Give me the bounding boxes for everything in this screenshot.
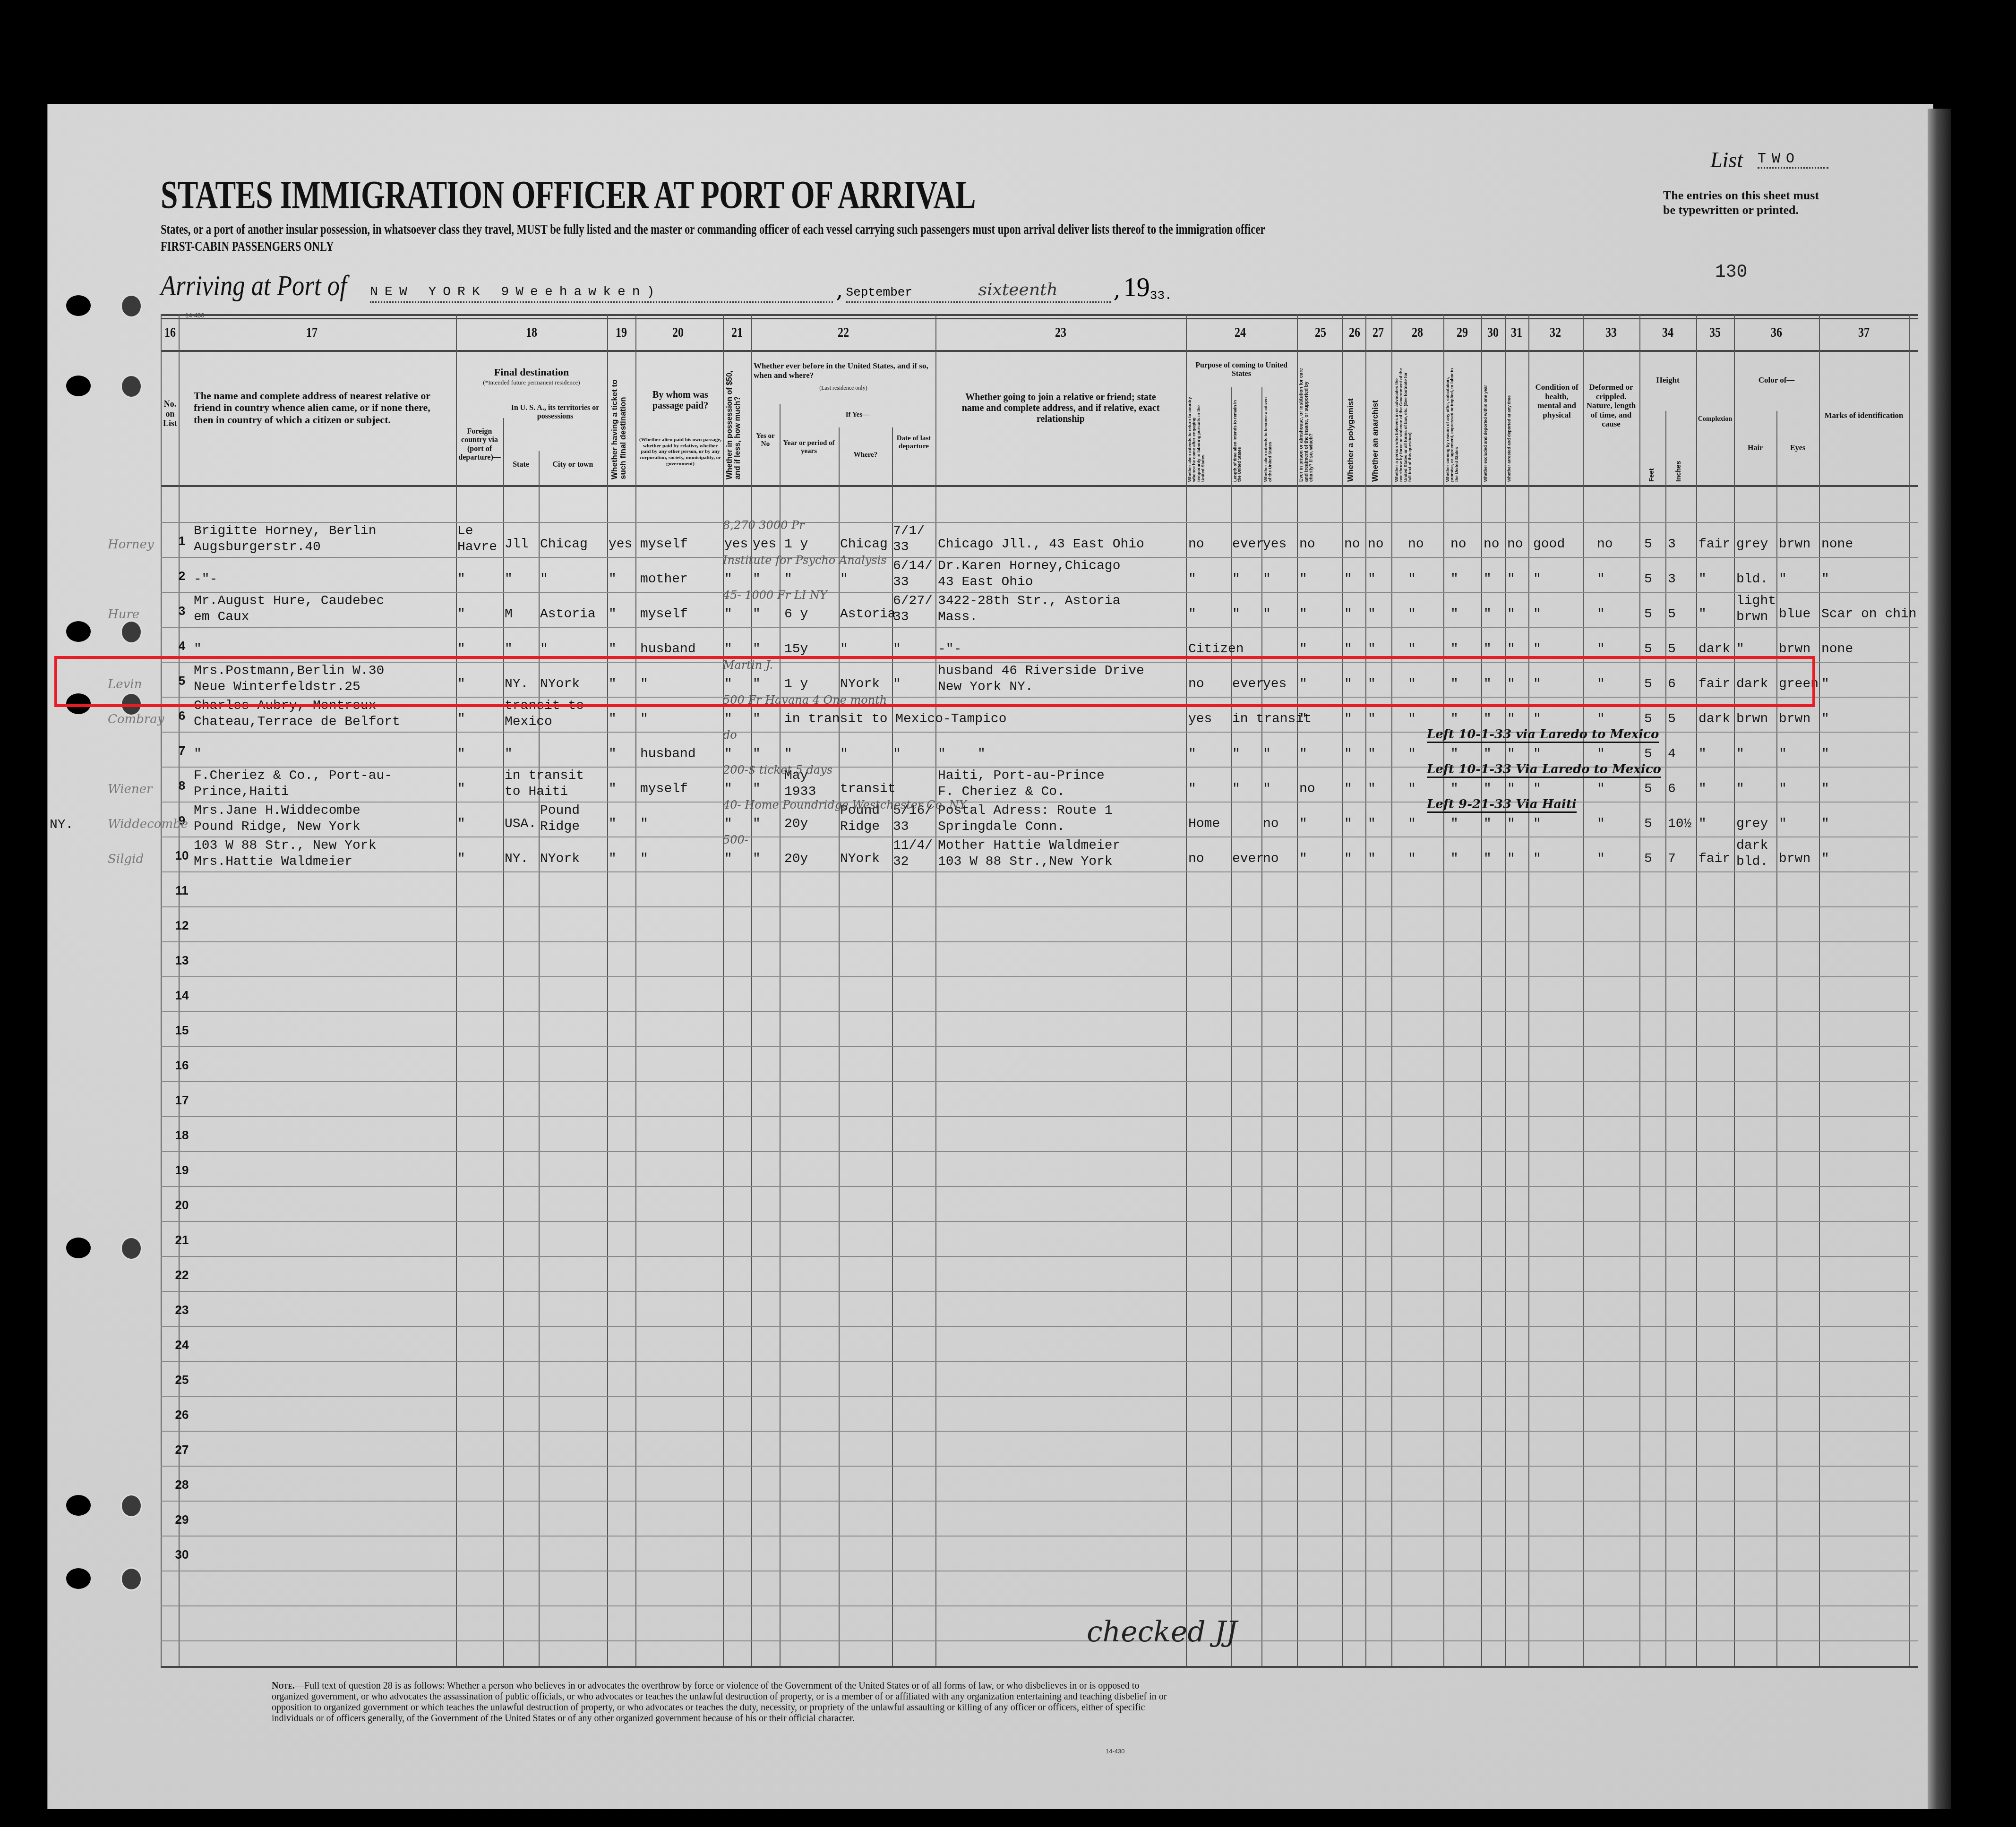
row-number: 26 xyxy=(161,1408,203,1422)
joining-cell: -"- xyxy=(938,641,961,657)
via-port-cell: " xyxy=(457,572,465,588)
polygamist-cell: " xyxy=(1344,606,1352,623)
column-rule xyxy=(1231,387,1232,1666)
form-title: STATES IMMIGRATION OFFICER AT PORT OF AR… xyxy=(161,172,976,218)
complexion-cell: " xyxy=(1699,816,1707,832)
q29-cell: " xyxy=(1450,781,1458,797)
years-cell: 20y xyxy=(784,851,808,867)
q30-cell: " xyxy=(1484,711,1492,727)
eyes-cell: " xyxy=(1779,816,1787,832)
return-cell: " xyxy=(1188,781,1196,797)
margin-surname: Widdecombe xyxy=(108,817,188,831)
fifty-cell: " xyxy=(724,606,732,623)
binder-hole xyxy=(66,621,91,642)
instructions: The entries on this sheet must be typewr… xyxy=(1663,188,1890,217)
row-number: 18 xyxy=(161,1128,203,1143)
state-cell: M xyxy=(505,606,513,623)
before-cell: yes xyxy=(753,537,776,553)
anarchist-cell: " xyxy=(1368,641,1376,657)
fifty-cell: yes xyxy=(724,537,748,553)
fifty-cell: " xyxy=(724,851,732,867)
column-rule xyxy=(751,314,752,1666)
row-rule xyxy=(161,627,1918,628)
anarchist-cell: " xyxy=(1368,606,1376,623)
q30-cell: " xyxy=(1484,781,1492,797)
hair-cell: grey xyxy=(1736,816,1768,832)
footer-form-number: 14-430 xyxy=(1106,1748,1124,1755)
row-rule xyxy=(161,1605,1918,1606)
hair-cell: " xyxy=(1736,641,1744,657)
paid-by-cell: mother xyxy=(640,572,688,588)
q28-cell: " xyxy=(1408,606,1416,623)
ticket-cell: " xyxy=(609,606,617,623)
via-port-cell: " xyxy=(457,851,465,867)
relative-cell: F.Cheriez & Co., Port-au- Prince,Haiti xyxy=(194,768,392,800)
complexion-cell: " xyxy=(1699,746,1707,762)
ticket-cell: " xyxy=(609,641,617,657)
city-cell: Chicag xyxy=(540,537,588,553)
eyes-cell: " xyxy=(1779,781,1787,797)
complexion-cell: dark xyxy=(1699,641,1730,657)
return-cell: Home xyxy=(1188,816,1220,832)
complexion-cell: fair xyxy=(1699,537,1730,553)
years-cell: 6 y xyxy=(784,606,808,623)
health-cell: " xyxy=(1533,606,1541,623)
hair-cell: grey xyxy=(1736,537,1768,553)
column-rule xyxy=(1583,314,1584,1666)
where-cell: " xyxy=(840,746,848,762)
before-cell: " xyxy=(753,711,761,727)
before-cell: " xyxy=(753,641,761,657)
header-final-destination-note: (*Intended future permanent residence) xyxy=(456,379,607,386)
deformed-cell: " xyxy=(1597,641,1605,657)
anarchist-cell: " xyxy=(1368,816,1376,832)
via-port-cell: " xyxy=(457,746,465,762)
complexion-cell: " xyxy=(1699,781,1707,797)
binder-hole xyxy=(66,295,91,316)
column-rule xyxy=(723,314,724,1666)
header-state: State xyxy=(503,461,539,469)
column-rule xyxy=(1528,314,1529,1666)
column-number: 27 xyxy=(1367,324,1390,341)
header-length-stay: Length of time alien intends to remain i… xyxy=(1233,394,1259,482)
state-cell: NY. xyxy=(505,851,528,867)
binder-hole xyxy=(66,1568,91,1589)
row-rule xyxy=(161,837,1918,837)
column-rule xyxy=(1696,314,1697,1666)
ticket-cell: " xyxy=(609,781,617,797)
q30-cell: " xyxy=(1484,816,1492,832)
header-final-destination: Final destination xyxy=(456,366,607,378)
binder-ring xyxy=(120,1567,142,1591)
header-anarchist: Whether an anarchist xyxy=(1371,366,1380,482)
state-cell: USA. xyxy=(505,816,536,832)
paid-by-cell: husband xyxy=(640,641,696,657)
before-cell: " xyxy=(753,606,761,623)
length-cell: ever xyxy=(1232,537,1261,553)
row-number: 28 xyxy=(161,1477,203,1492)
marks-cell: none xyxy=(1821,641,1853,657)
polygamist-cell: " xyxy=(1344,641,1352,657)
via-port-cell: " xyxy=(457,781,465,797)
passenger-class: FIRST-CABIN PASSENGERS ONLY xyxy=(161,239,334,255)
anarchist-cell: " xyxy=(1368,746,1376,762)
page-edge xyxy=(1928,109,1951,1809)
deformed-cell: " xyxy=(1597,781,1605,797)
separator: , xyxy=(836,276,843,303)
q28-cell: " xyxy=(1408,572,1416,588)
health-cell: " xyxy=(1533,711,1541,727)
city-cell: " xyxy=(540,641,548,657)
ticket-cell: " xyxy=(609,572,617,588)
row-number: 15 xyxy=(161,1023,203,1038)
column-rule xyxy=(539,451,540,1666)
rule xyxy=(161,485,1918,487)
citizen-cell: no xyxy=(1263,851,1279,867)
fifty-cell: " xyxy=(724,711,732,727)
deformed-cell: " xyxy=(1597,746,1605,762)
row-number: 16 xyxy=(161,1058,203,1073)
via-port-cell: " xyxy=(457,641,465,657)
column-rule xyxy=(1665,411,1666,1666)
health-cell: " xyxy=(1533,641,1541,657)
deformed-cell: " xyxy=(1597,572,1605,588)
years-cell: " xyxy=(784,572,792,588)
column-number: 21 xyxy=(726,324,748,341)
column-number: 25 xyxy=(1309,324,1332,341)
joining-cell: " " xyxy=(938,746,986,762)
footnote-label: Note. xyxy=(272,1681,295,1691)
polygamist-cell: " xyxy=(1344,572,1352,588)
q29-cell: " xyxy=(1450,816,1458,832)
return-cell: Citizen xyxy=(1188,641,1230,657)
paid-by-cell: myself xyxy=(640,606,688,623)
complexion-cell: fair xyxy=(1699,851,1730,867)
state-cell: " xyxy=(505,641,513,657)
relative-cell: Brigitte Horney, Berlin Augsburgerstr.40 xyxy=(194,523,376,555)
inches-cell: 3 xyxy=(1668,537,1676,553)
header-question-29: Whether coming by reason of any offer, s… xyxy=(1446,366,1480,482)
binder-ring xyxy=(120,375,142,398)
polygamist-cell: no xyxy=(1344,537,1360,553)
where-cell: " xyxy=(840,641,848,657)
prison-cell: " xyxy=(1299,572,1307,588)
return-cell: " xyxy=(1188,606,1196,623)
prison-cell: " xyxy=(1299,816,1307,832)
row-rule xyxy=(161,592,1918,593)
relative-cell: -"- xyxy=(194,572,217,588)
row-rule xyxy=(161,522,1918,523)
column-rule xyxy=(1819,314,1820,1666)
list-label: List xyxy=(1710,147,1743,172)
header-ever-before-us: Whether ever before in the United States… xyxy=(754,361,933,380)
marks-cell: " xyxy=(1821,572,1829,588)
header-fifty-dollars: Whether in possession of $50, and if les… xyxy=(726,361,742,479)
inches-cell: 10½ xyxy=(1668,816,1691,832)
eyes-cell: brwn xyxy=(1779,711,1810,727)
paid-by-cell: myself xyxy=(640,537,688,553)
inches-cell: 5 xyxy=(1668,606,1676,623)
row-number: 27 xyxy=(161,1443,203,1457)
rule xyxy=(161,314,1918,316)
state-cell: " xyxy=(505,572,513,588)
via-port-cell: " xyxy=(457,816,465,832)
q31-cell: " xyxy=(1507,746,1515,762)
column-rule xyxy=(1443,314,1444,1666)
inches-cell: 5 xyxy=(1668,641,1676,657)
marks-cell: " xyxy=(1821,781,1829,797)
prison-cell: " xyxy=(1299,641,1307,657)
inches-cell: 6 xyxy=(1668,781,1676,797)
joining-cell: Haiti, Port-au-Prince F. Cheriez & Co. xyxy=(938,768,1105,800)
header-city: City or town xyxy=(539,461,607,469)
row-rule xyxy=(161,1256,1918,1257)
before-cell: " xyxy=(753,572,761,588)
row-number: 30 xyxy=(161,1547,203,1562)
where-cell: NYork xyxy=(840,851,880,867)
ticket-cell: " xyxy=(609,816,617,832)
header-excluded: Whether excluded and deported within one… xyxy=(1484,366,1503,482)
prison-cell: " xyxy=(1299,606,1307,623)
prison-cell: " xyxy=(1299,711,1307,727)
column-rule xyxy=(1776,411,1777,1666)
row-number: 24 xyxy=(161,1338,203,1352)
q30-cell: " xyxy=(1484,572,1492,588)
before-cell: " xyxy=(753,851,761,867)
row-rule xyxy=(161,1396,1918,1397)
column-number: 22 xyxy=(832,324,855,341)
header-no-on-list: No. on List xyxy=(161,399,180,428)
handwritten-annotation: 200-$ ticket 5 days xyxy=(723,763,832,777)
return-cell: no xyxy=(1188,851,1204,867)
q29-cell: " xyxy=(1450,711,1458,727)
header-joining-relative: Whether going to join a relative or frie… xyxy=(954,392,1167,425)
q28-cell: " xyxy=(1408,746,1416,762)
column-rule xyxy=(607,314,608,1666)
handwritten-annotation: 500- xyxy=(723,833,748,846)
arrival-day: sixteenth xyxy=(978,280,1058,299)
joining-cell: Dr.Karen Horney,Chicago 43 East Ohio xyxy=(938,558,1120,590)
complexion-cell: " xyxy=(1699,606,1707,623)
joining-cell: Chicago Jll., 43 East Ohio xyxy=(938,537,1144,553)
deformed-cell: " xyxy=(1597,816,1605,832)
margin-surname: Hure xyxy=(108,607,139,622)
arrival-date: September sixteenth xyxy=(846,285,1111,303)
header-question-28: Whether a person who believes in or advo… xyxy=(1395,366,1442,482)
header-if-yes: If Yes— xyxy=(780,411,935,419)
hair-cell: bld. xyxy=(1736,572,1768,588)
prison-cell: " xyxy=(1299,851,1307,867)
return-cell: no xyxy=(1188,537,1204,553)
header-complexion: Complexion xyxy=(1697,416,1733,423)
form-subtitle: States, or a port of another insular pos… xyxy=(161,222,1265,238)
feet-cell: 5 xyxy=(1644,641,1652,657)
handwritten-annotation: 40- Home Poundridge Westchester Co. NY xyxy=(723,798,967,811)
rule xyxy=(161,318,1918,319)
header-yes-or-no: Yes or No xyxy=(752,432,779,449)
departure-date-cell: 6/14/ 33 xyxy=(893,558,933,590)
anarchist-cell: " xyxy=(1368,781,1376,797)
polygamist-cell: " xyxy=(1344,711,1352,727)
before-cell: " xyxy=(753,816,761,832)
eyes-cell: brwn xyxy=(1779,851,1810,867)
column-rule xyxy=(1342,314,1343,1666)
arrival-year-prefix: 19 xyxy=(1124,273,1150,303)
row-rule xyxy=(161,1081,1918,1082)
relative-cell: " xyxy=(194,746,202,762)
q30-cell: " xyxy=(1484,851,1492,867)
citizen-cell: yes xyxy=(1263,537,1287,553)
column-rule xyxy=(1261,387,1262,1666)
q31-cell: " xyxy=(1507,816,1515,832)
paid-by-cell: " xyxy=(640,711,648,727)
header-date-departure: Date of last departure xyxy=(893,435,935,451)
handwritten-annotation: Institute for Psycho Analysis xyxy=(723,554,887,567)
prison-cell: no xyxy=(1299,537,1315,553)
binder-hole xyxy=(66,1238,91,1258)
row-number: 20 xyxy=(161,1198,203,1212)
ticket-cell: " xyxy=(609,711,617,727)
length-cell: " xyxy=(1232,781,1240,797)
marks-cell: Scar on chin xyxy=(1821,606,1909,623)
column-rule xyxy=(1734,314,1735,1666)
city-cell: " xyxy=(540,572,548,588)
health-cell: " xyxy=(1533,781,1541,797)
row-rule xyxy=(161,1640,1918,1641)
via-port-cell: Le Havre xyxy=(457,523,497,555)
binder-hole xyxy=(66,376,91,396)
header-intends-citizen: Whether alien intends to become a citize… xyxy=(1264,394,1295,482)
q29-cell: " xyxy=(1450,641,1458,657)
row-rule xyxy=(161,1501,1918,1502)
column-number: 34 xyxy=(1656,324,1679,341)
column-number: 30 xyxy=(1482,324,1504,341)
q30-cell: " xyxy=(1484,641,1492,657)
health-cell: " xyxy=(1533,572,1541,588)
row-rule xyxy=(161,1151,1918,1152)
relative-cell: Mrs.Jane H.Widdecombe Pound Ridge, New Y… xyxy=(194,803,360,835)
handwritten-annotation: 8,270 3000 Pr xyxy=(723,519,805,532)
row-rule xyxy=(161,1326,1918,1327)
departure-date-cell: " xyxy=(893,746,901,762)
row-number: 23 xyxy=(161,1303,203,1317)
ticket-cell: " xyxy=(609,851,617,867)
citizen-cell: " xyxy=(1263,781,1271,797)
joining-cell: Mother Hattie Waldmeier 103 W 88 Str.,Ne… xyxy=(938,838,1120,870)
fifty-cell: " xyxy=(724,781,732,797)
row-rule xyxy=(161,1431,1918,1432)
header-feet: Feet xyxy=(1648,456,1655,482)
column-rule xyxy=(456,314,457,1666)
feet-cell: 5 xyxy=(1644,537,1652,553)
hair-cell: " xyxy=(1736,781,1744,797)
feet-cell: 5 xyxy=(1644,816,1652,832)
row-rule xyxy=(161,1361,1918,1362)
column-number: 37 xyxy=(1853,324,1875,341)
column-rule xyxy=(935,314,936,1666)
via-port-cell: " xyxy=(457,606,465,623)
q31-cell: " xyxy=(1507,711,1515,727)
highlight-box xyxy=(54,656,1815,707)
paid-by-cell: husband xyxy=(640,746,696,762)
header-intends-return: Whether alien intends to return to count… xyxy=(1188,394,1229,482)
anarchist-cell: " xyxy=(1368,572,1376,588)
polygamist-cell: " xyxy=(1344,746,1352,762)
row-rule xyxy=(161,1291,1918,1292)
marks-cell: " xyxy=(1821,676,1829,692)
header-marks: Marks of identification xyxy=(1819,411,1909,420)
citizen-cell: " xyxy=(1263,746,1271,762)
eyes-cell: " xyxy=(1779,572,1787,588)
column-number: 28 xyxy=(1406,324,1429,341)
column-number: 33 xyxy=(1600,324,1622,341)
header-eyes: Eyes xyxy=(1776,444,1819,452)
header-nearest-relative: The name and complete address of nearest… xyxy=(194,390,439,426)
arrival-month: September xyxy=(846,285,912,299)
complexion-cell: " xyxy=(1699,572,1707,588)
header-purpose: Purpose of coming to United States xyxy=(1186,361,1297,379)
binder-ring xyxy=(120,620,142,644)
where-cell: Astoria xyxy=(840,606,892,623)
marks-cell: none xyxy=(1821,537,1853,553)
header-deformed: Deformed or crippled. Nature, length of … xyxy=(1585,383,1637,429)
q31-cell: " xyxy=(1507,606,1515,623)
row-rule xyxy=(161,1221,1918,1222)
length-cell: " xyxy=(1232,606,1240,623)
header-in-usa: In U. S. A., its territories or possessi… xyxy=(503,404,607,421)
binder-ring xyxy=(120,294,142,318)
column-number: 24 xyxy=(1229,324,1252,341)
column-number: 26 xyxy=(1343,324,1366,341)
length-cell: in transit xyxy=(1232,711,1261,727)
handwritten-annotation: do xyxy=(723,728,737,742)
deformed-cell: " xyxy=(1597,711,1605,727)
city-cell: Pound Ridge xyxy=(540,803,580,835)
column-number: 35 xyxy=(1704,324,1726,341)
column-number: 18 xyxy=(520,324,543,341)
q29-cell: " xyxy=(1450,851,1458,867)
header-passage-paid: By whom was passage paid? xyxy=(647,390,713,411)
state-cell: in transit to Haiti xyxy=(505,768,540,800)
instructions-line: be typewritten or printed. xyxy=(1663,203,1890,217)
header-ever-before-note: (Last residence only) xyxy=(754,385,933,392)
ticket-cell: " xyxy=(609,746,617,762)
row-rule xyxy=(161,1011,1918,1012)
return-cell: " xyxy=(1188,572,1196,588)
row-number: 22 xyxy=(161,1268,203,1282)
length-cell: ever xyxy=(1232,851,1261,867)
polygamist-cell: " xyxy=(1344,781,1352,797)
ticket-cell: yes xyxy=(609,537,632,553)
years-cell: 15y xyxy=(784,641,808,657)
header-where: Where? xyxy=(840,451,892,459)
row-rule xyxy=(161,1116,1918,1117)
eyes-cell: brwn xyxy=(1779,537,1810,553)
anarchist-cell: no xyxy=(1368,537,1384,553)
header-height: Height xyxy=(1639,376,1696,385)
departure-note: Left 9-21-33 Via Haiti xyxy=(1427,797,1577,813)
q28-cell: " xyxy=(1408,851,1416,867)
row-rule xyxy=(161,1536,1918,1537)
row-number: 13 xyxy=(161,953,203,968)
row-rule xyxy=(161,976,1918,977)
where-cell: " xyxy=(840,572,848,588)
header-health: Condition of health, mental and physical xyxy=(1533,383,1580,419)
q30-cell: no xyxy=(1484,537,1500,553)
row-number: 25 xyxy=(161,1373,203,1387)
years-cell: " xyxy=(784,746,792,762)
q28-cell: " xyxy=(1408,781,1416,797)
